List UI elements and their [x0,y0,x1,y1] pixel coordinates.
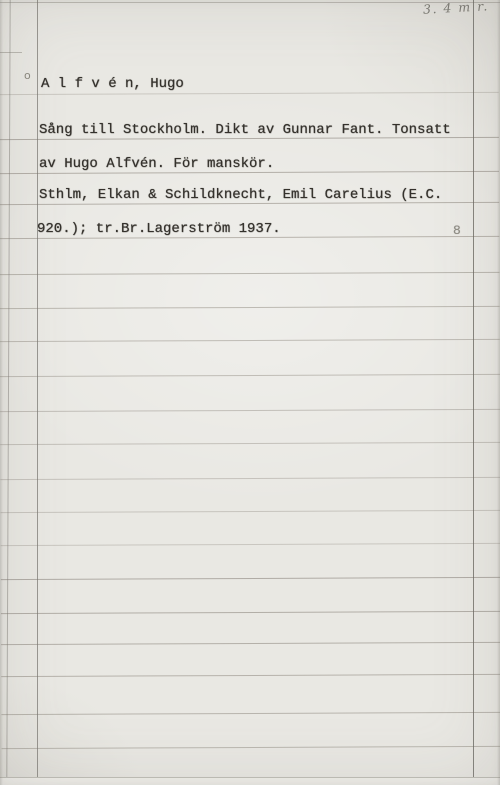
ruled-line [1,577,500,580]
card-body-line: av Hugo Alfvén. För manskör. [39,156,274,172]
card-body-line: Sthlm, Elkan & Schildknecht, Emil Careli… [39,187,442,203]
ruled-line [0,374,500,377]
page-number: 8 [453,223,461,238]
left-margin-line [37,0,38,777]
scan-left-edge-shadow [0,0,3,785]
ruled-line [0,477,500,480]
ruled-line [0,306,500,309]
ruled-lines [0,0,500,785]
margin-circle-mark: o [24,69,31,82]
ruled-line [0,272,499,275]
card-body-line: Sång till Stockholm. Dikt av Gunnar Fant… [39,122,451,138]
right-margin-line [473,0,474,777]
card-bottom-edge [0,777,500,785]
ruled-line [1,510,500,513]
partial-rule-stub [0,52,22,53]
ruled-line [0,409,500,412]
ruled-line [1,642,500,645]
ruled-line [0,339,500,342]
ruled-line [0,92,499,95]
ruled-line [1,712,500,715]
ruled-line [0,442,500,445]
card-heading-author: A l f v é n, Hugo [41,76,184,92]
ruled-line [1,543,500,546]
ruled-line [2,746,500,749]
ruled-line [1,674,500,677]
card-body-line: 920.); tr.Br.Lagerström 1937. [37,221,281,237]
ruled-line [1,611,500,614]
catalog-card-scan: 3. 4 m r. o A l f v é n, Hugo Sång till … [0,0,500,785]
